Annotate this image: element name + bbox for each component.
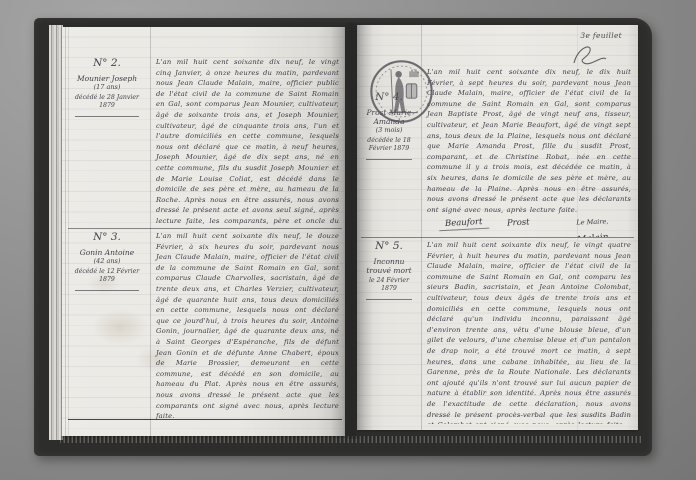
deceased-name: Inconnu trouvé mort bbox=[361, 257, 417, 275]
witness-signature: Prost bbox=[506, 218, 529, 231]
death-date: décédé le 28 Janvier 1879 bbox=[68, 94, 146, 110]
mayor-signature: Le Maire, Malain bbox=[567, 217, 617, 237]
record-number: N° 5. bbox=[361, 240, 417, 253]
mayor-signature-title: Le Maire, bbox=[567, 217, 617, 227]
deceased-name: Mounier Joseph bbox=[68, 74, 146, 83]
deceased-age: (17 ans) bbox=[68, 83, 146, 92]
record-text-column: L'an mil huit cent soixante dix neuf, le… bbox=[154, 229, 342, 419]
page-stack-edge bbox=[49, 25, 63, 440]
sheet-number-label: 3e feuillet bbox=[580, 31, 622, 40]
death-date: décédé le 12 Février 1879 bbox=[68, 268, 146, 284]
witness-signature: Beaufort bbox=[439, 217, 489, 232]
record-body: L'an mil huit cent soixante dix neuf, le… bbox=[156, 57, 339, 228]
death-record-entry-5: N° 5. Inconnu trouvé mort le 24 Février … bbox=[361, 237, 634, 424]
margin-note: N° 5. Inconnu trouvé mort le 24 Février … bbox=[361, 238, 417, 424]
death-record-entry-3: N° 3. Gonin Antoine (42 ans) décédé le 1… bbox=[68, 228, 342, 420]
signature-row: Beaufort Prost Le Maire, Malain bbox=[427, 218, 631, 237]
right-page: 3e feuillet N° 4. Prost Marie Amanda (3 … bbox=[357, 25, 638, 430]
deceased-age: (42 ans) bbox=[68, 257, 146, 266]
death-date: décédée le 18 Février 1879 bbox=[361, 137, 417, 153]
register-book: N° 2. Mounier Joseph (17 ans) décédé le … bbox=[34, 18, 652, 456]
record-number: N° 2. bbox=[68, 57, 146, 70]
record-text-column: L'an mil huit cent soixante dix neuf, le… bbox=[425, 238, 634, 424]
margin-note: N° 2. Mounier Joseph (17 ans) décédé le … bbox=[68, 55, 146, 228]
death-record-entry-2: N° 2. Mounier Joseph (17 ans) décédé le … bbox=[68, 55, 342, 228]
deceased-age: (3 mois) bbox=[361, 126, 417, 135]
left-page: N° 2. Mounier Joseph (17 ans) décédé le … bbox=[62, 27, 345, 436]
revenue-stamp-icon bbox=[368, 58, 435, 125]
record-number: N° 3. bbox=[68, 231, 146, 244]
record-text-column: L'an mil huit cent soixante dix neuf, le… bbox=[154, 55, 342, 228]
record-body: L'an mil huit cent soixante dix neuf, le… bbox=[427, 240, 631, 424]
margin-note: N° 3. Gonin Antoine (42 ans) décédé le 1… bbox=[68, 229, 146, 419]
record-body: L'an mil huit cent soixante dix neuf, le… bbox=[427, 67, 631, 215]
record-text-column: L'an mil huit cent soixante dix neuf, le… bbox=[425, 65, 634, 237]
death-date: le 24 Février 1879 bbox=[361, 277, 417, 293]
witness-signatures: Beaufort Prost bbox=[427, 218, 529, 230]
page-block-bottom-edge bbox=[60, 436, 642, 443]
deceased-name: Gonin Antoine bbox=[68, 248, 146, 257]
record-body: L'an mil huit cent soixante dix neuf, le… bbox=[156, 231, 339, 419]
